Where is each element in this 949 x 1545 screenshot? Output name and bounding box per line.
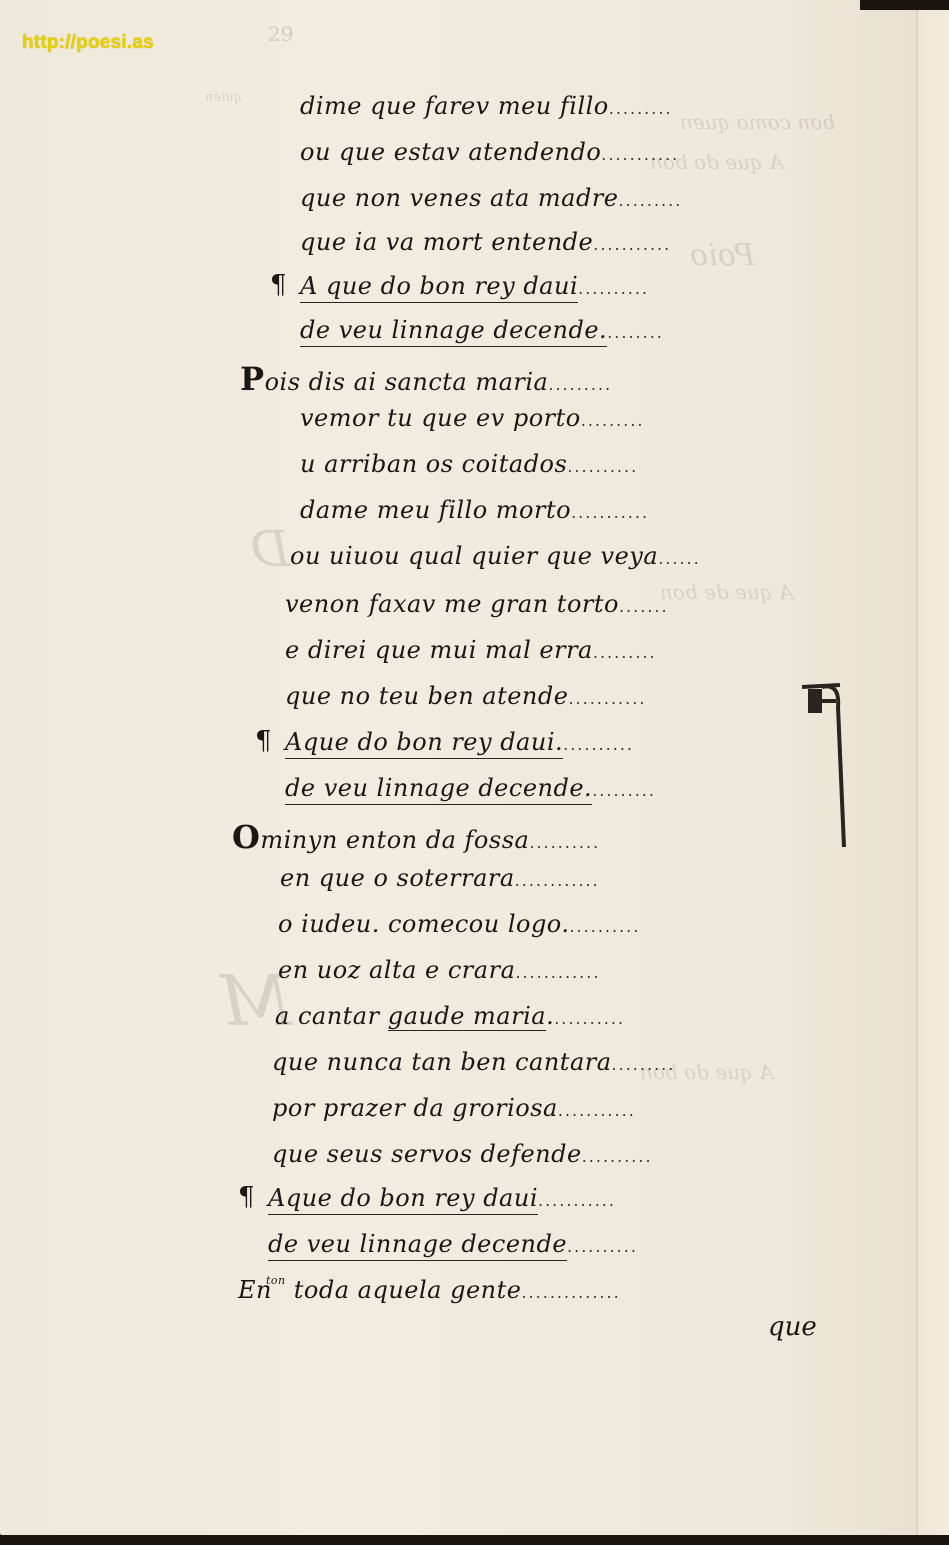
scan-border-bottom <box>0 1535 949 1545</box>
line-filler-dots: .......... <box>578 279 649 298</box>
watermark-link[interactable]: http://poesi.as <box>22 32 154 54</box>
margin-bracket-icon <box>800 677 860 857</box>
refrain-line: ¶Aque do bon rey daui........... <box>268 1184 616 1212</box>
verse-line: Pois dis ai sancta maria......... <box>240 360 612 398</box>
line-text: u arriban os coitados <box>300 450 567 478</box>
line-filler-dots: ........... <box>571 503 649 522</box>
line-filler-dots: .............. <box>521 1283 620 1302</box>
line-text: que seus servos defende <box>272 1140 582 1168</box>
line-filler-dots: ........... <box>538 1191 616 1210</box>
line-filler-dots: ......... <box>592 781 656 800</box>
line-text: Enton toda aquela gente <box>238 1276 521 1304</box>
line-text: venon faxav me gran torto <box>285 590 619 618</box>
verse-line: que no teu ben atende........... <box>285 682 646 710</box>
line-text: de veu linnage decende <box>268 1230 567 1261</box>
line-text: ois dis ai sancta maria <box>265 368 549 396</box>
line-text: e direi que mui mal erra <box>285 636 593 664</box>
line-filler-dots: .......... <box>567 1237 638 1256</box>
line-text: de veu linnage decende. <box>300 316 607 347</box>
pilcrow-icon: ¶ <box>270 270 287 300</box>
line-filler-dots: ............ <box>515 963 600 982</box>
pilcrow-icon: ¶ <box>255 726 272 756</box>
scan-border-top <box>860 0 949 10</box>
initial-capital: P <box>240 360 265 398</box>
line-filler-dots: .......... <box>569 917 640 936</box>
initial-capital: O <box>232 818 260 856</box>
line-filler-dots: ............ <box>515 871 600 890</box>
line-filler-dots: .......... <box>554 1009 625 1028</box>
line-filler-dots: ......... <box>581 411 645 430</box>
verse-line: o iudeu. comecou logo........... <box>278 910 640 938</box>
verse-line: e direi que mui mal erra......... <box>285 636 657 664</box>
underlined-phrase: gaude maria <box>388 1002 546 1031</box>
line-text: que nunca tan ben cantara <box>272 1048 612 1076</box>
refrain-line: de veu linnage decende......... <box>300 316 664 344</box>
line-text: en que o soterrara <box>280 864 515 892</box>
line-filler-dots: .......... <box>563 735 634 754</box>
verse-line: que non venes ata madre......... <box>300 184 682 212</box>
line-text: o iudeu. comecou logo. <box>278 910 569 938</box>
line-text: en uoz alta e crara <box>278 956 515 984</box>
verse-line: en que o soterrara............ <box>280 864 600 892</box>
refrain-line: ¶Aque do bon rey daui........... <box>285 728 634 756</box>
verse-line: u arriban os coitados.......... <box>300 450 638 478</box>
line-text: de veu linnage decende. <box>285 774 592 805</box>
line-filler-dots: .......... <box>529 833 600 852</box>
line-filler-dots: ........... <box>601 145 679 164</box>
line-text: A que do bon rey daui <box>300 272 578 303</box>
verse-line: Enton toda aquela gente.............. <box>238 1276 621 1304</box>
line-text: ou que estav atendendo <box>300 138 601 166</box>
line-text: dame meu fillo morto <box>300 496 571 524</box>
refrain-line: ¶A que do bon rey daui.......... <box>300 272 649 300</box>
line-text: dime que farev meu fillo <box>300 92 609 120</box>
line-text: que no teu ben atende <box>285 682 568 710</box>
line-text: a cantar gaude maria. <box>275 1002 554 1031</box>
line-filler-dots: ......... <box>619 191 683 210</box>
refrain-line: de veu linnage decende.......... <box>268 1230 638 1258</box>
line-filler-dots: ...... <box>658 549 701 568</box>
line-text: que non venes ata madre <box>300 184 619 212</box>
superscript-insertion: ton <box>266 1274 286 1287</box>
faint-page-number: 29 <box>268 22 293 46</box>
line-text: ou uiuou qual quier que veya <box>290 542 658 570</box>
line-filler-dots: ......... <box>548 375 612 394</box>
line-filler-dots: .......... <box>567 457 638 476</box>
verse-line: Ominyn enton da fossa.......... <box>232 818 600 856</box>
line-filler-dots: ........... <box>593 235 671 254</box>
line-text: Aque do bon rey daui. <box>285 728 563 759</box>
verse-line: que nunca tan ben cantara......... <box>272 1048 675 1076</box>
line-text: vemor tu que ev porto <box>300 404 581 432</box>
line-filler-dots: .......... <box>582 1147 653 1166</box>
verse-line: que seus servos defende.......... <box>272 1140 653 1168</box>
faint-margin-note: quién <box>205 90 242 105</box>
bleed-through-initial: D <box>250 520 290 578</box>
line-filler-dots: ....... <box>619 597 669 616</box>
verse-line: a cantar gaude maria........... <box>275 1002 625 1030</box>
line-text: por prazer da groriosa <box>272 1094 558 1122</box>
line-filler-dots: ........ <box>607 323 664 342</box>
line-text: que ia va mort entende <box>300 228 593 256</box>
verse-line: por prazer da groriosa........... <box>272 1094 636 1122</box>
line-filler-dots: ........... <box>568 689 646 708</box>
catchword: que <box>768 1312 817 1342</box>
verse-line: que ia va mort entende........... <box>300 228 671 256</box>
line-filler-dots: ......... <box>593 643 657 662</box>
verse-line: ou uiuou qual quier que veya...... <box>290 542 701 570</box>
line-text: Aque do bon rey daui <box>268 1184 538 1215</box>
verse-line: vemor tu que ev porto......... <box>300 404 645 432</box>
verse-line: en uoz alta e crara............ <box>278 956 600 984</box>
pilcrow-icon: ¶ <box>238 1182 255 1212</box>
line-text: minyn enton da fossa <box>260 826 529 854</box>
verse-line: dime que farev meu fillo......... <box>300 92 673 120</box>
refrain-line: de veu linnage decende.......... <box>285 774 656 802</box>
page-edge <box>916 10 949 1535</box>
verse-line: venon faxav me gran torto....... <box>285 590 669 618</box>
line-filler-dots: ......... <box>612 1055 676 1074</box>
line-filler-dots: ........... <box>558 1101 636 1120</box>
bleed-through-text: bon como quen <box>680 110 835 134</box>
bleed-through-text: A que de bon <box>660 580 793 604</box>
bleed-through-text: Poio <box>690 238 755 273</box>
verse-line: dame meu fillo morto........... <box>300 496 649 524</box>
line-filler-dots: ......... <box>609 99 673 118</box>
verse-line: ou que estav atendendo........... <box>300 138 679 166</box>
